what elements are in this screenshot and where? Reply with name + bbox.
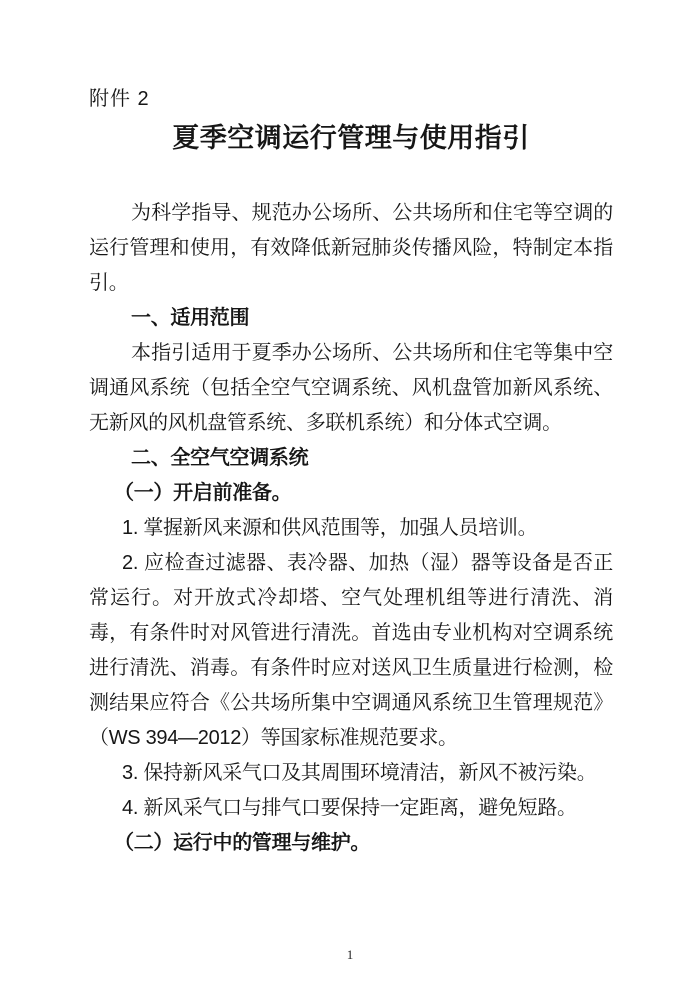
numbered-item: 1. 掌握新风来源和供风范围等，加强人员培训。	[89, 511, 613, 546]
subsection-heading: （二）运行中的管理与维护。	[89, 826, 613, 861]
section-heading: 一、适用范围	[89, 301, 613, 336]
document-page: 附件 2 夏季空调运行管理与使用指引 为科学指导、规范办公场所、公共场所和住宅等…	[0, 0, 700, 990]
numbered-item: 2. 应检查过滤器、表冷器、加热（湿）器等设备是否正常运行。对开放式冷却塔、空气…	[89, 546, 613, 756]
page-number: 1	[0, 948, 700, 962]
paragraph: 本指引适用于夏季办公场所、公共场所和住宅等集中空调通风系统（包括全空气空调系统、…	[89, 336, 613, 441]
attachment-label: 附件 2	[89, 86, 613, 112]
document-body: 为科学指导、规范办公场所、公共场所和住宅等空调的运行管理和使用，有效降低新冠肺炎…	[89, 196, 613, 861]
subsection-heading: （一）开启前准备。	[89, 476, 613, 511]
document-content: 附件 2 夏季空调运行管理与使用指引 为科学指导、规范办公场所、公共场所和住宅等…	[89, 86, 613, 861]
section-heading: 二、全空气空调系统	[89, 441, 613, 476]
paragraph: 为科学指导、规范办公场所、公共场所和住宅等空调的运行管理和使用，有效降低新冠肺炎…	[89, 196, 613, 301]
numbered-item: 3. 保持新风采气口及其周围环境清洁，新风不被污染。	[89, 756, 613, 791]
numbered-item: 4. 新风采气口与排气口要保持一定距离，避免短路。	[89, 791, 613, 826]
document-title: 夏季空调运行管理与使用指引	[89, 120, 613, 156]
